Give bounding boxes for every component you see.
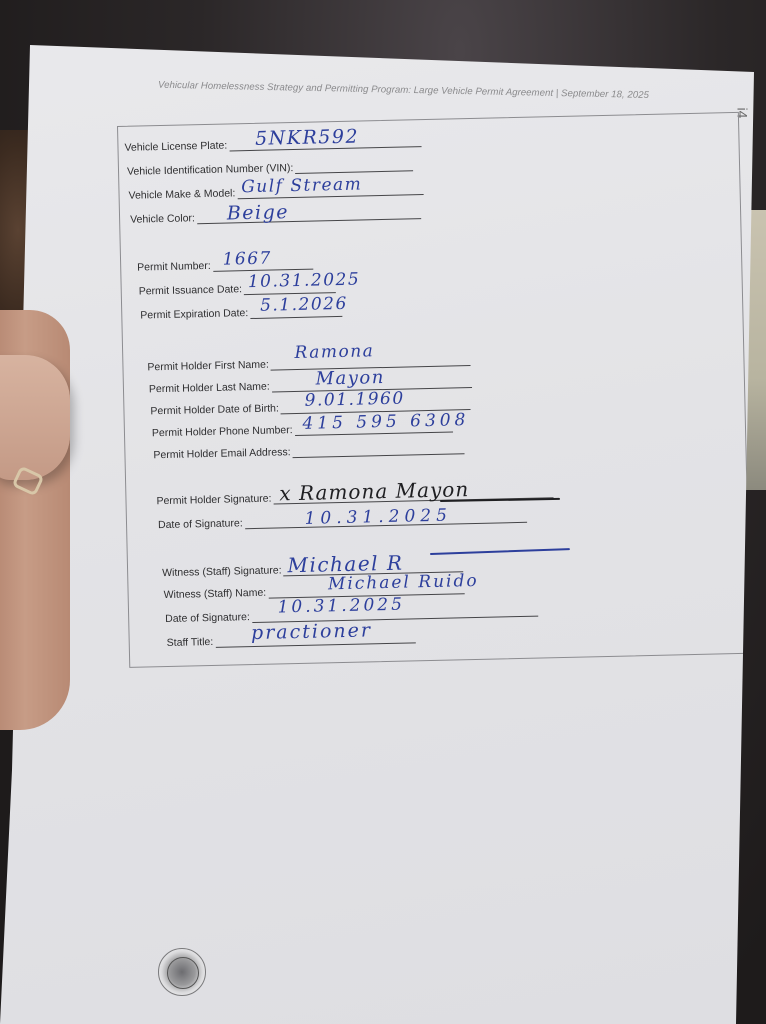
field-label: Staff Title: [167,636,216,649]
field-label: Permit Holder Email Address: [153,446,292,461]
handwritten-value: 10.31.2025 [277,595,405,618]
field-label: Permit Issuance Date: [139,283,245,297]
handwritten-value: Ramona [294,341,374,363]
field-line[interactable]: Beige [197,206,421,224]
field-label: Witness (Staff) Name: [164,587,269,601]
field-phone-number: Permit Holder Phone Number: 415 595 6308 [152,419,453,439]
field-label: Permit Number: [137,260,213,274]
handwritten-value: 1667 [222,249,272,270]
handwritten-value: Gulf Stream [241,174,363,197]
field-line[interactable]: 1667 [213,257,313,272]
handwritten-value: 415 595 6308 [302,410,469,434]
field-line[interactable]: 5.1.2026 [250,304,342,319]
field-label: Vehicle Make & Model: [128,187,237,201]
handwritten-value: 5.1.2026 [260,294,348,316]
permit-form-box: Vehicle License Plate: 5NKR592 Vehicle I… [117,112,751,668]
field-line[interactable] [295,158,413,174]
handwritten-value: Mayon [315,367,385,390]
field-holder-signature-date: Date of Signature: 10.31.2025 [158,510,527,531]
handwritten-value: 9.01.1960 [304,389,404,411]
handwritten-value: 10.31.2025 [248,270,361,293]
handwritten-value: practioner [251,619,372,644]
field-make-model: Vehicle Make & Model: Gulf Stream [128,182,423,202]
field-first-name: Permit Holder First Name: Ramona [147,353,471,373]
handwritten-value: 10.31.2025 [304,506,452,529]
field-vin: Vehicle Identification Number (VIN): [127,158,414,177]
field-label: Permit Expiration Date: [140,307,250,321]
field-label: Permit Holder Last Name: [149,381,272,396]
handwritten-value: Beige [227,201,290,224]
permit-agreement-page: Vehicular Homelessness Strategy and Perm… [0,0,766,1024]
signature-line[interactable]: x Ramona Mayon [273,485,553,504]
field-expiration-date: Permit Expiration Date: 5.1.2026 [140,304,342,322]
field-label: Witness (Staff) Signature: [162,564,284,579]
field-label: Vehicle Identification Number (VIN): [127,162,296,178]
field-line[interactable]: 5NKR592 [229,134,421,151]
field-staff-title: Staff Title: practioner [167,630,416,649]
field-label: Permit Holder Phone Number: [152,424,295,439]
handwritten-value: 5NKR592 [255,126,359,150]
field-label: Permit Holder Signature: [156,493,273,508]
field-line[interactable] [292,441,464,458]
field-line[interactable]: Gulf Stream [237,182,423,199]
field-color: Vehicle Color: Beige [130,206,421,226]
field-label: Vehicle Color: [130,212,197,226]
seal-emblem [167,957,199,989]
field-label: Permit Holder Date of Birth: [150,402,281,417]
thumb [0,355,70,480]
field-label: Date of Signature: [158,517,245,531]
field-line[interactable]: 10.31.2025 [244,280,336,295]
city-seal-icon [158,948,206,996]
field-email: Permit Holder Email Address: [153,441,464,461]
field-label: Permit Holder First Name: [147,359,271,374]
field-label: Date of Signature: [165,611,252,625]
field-line[interactable]: 10.31.2025 [245,510,527,529]
handwritten-value: Michael Ruido [328,571,479,594]
field-license-plate: Vehicle License Plate: 5NKR592 [124,134,421,154]
field-line[interactable]: 415 595 6308 [294,419,452,436]
field-holder-signature: Permit Holder Signature: x Ramona Mayon [156,485,553,507]
field-line[interactable]: practioner [215,630,415,648]
document-header: Vehicular Homelessness Strategy and Perm… [158,80,668,102]
field-label: Vehicle License Plate: [124,139,229,153]
